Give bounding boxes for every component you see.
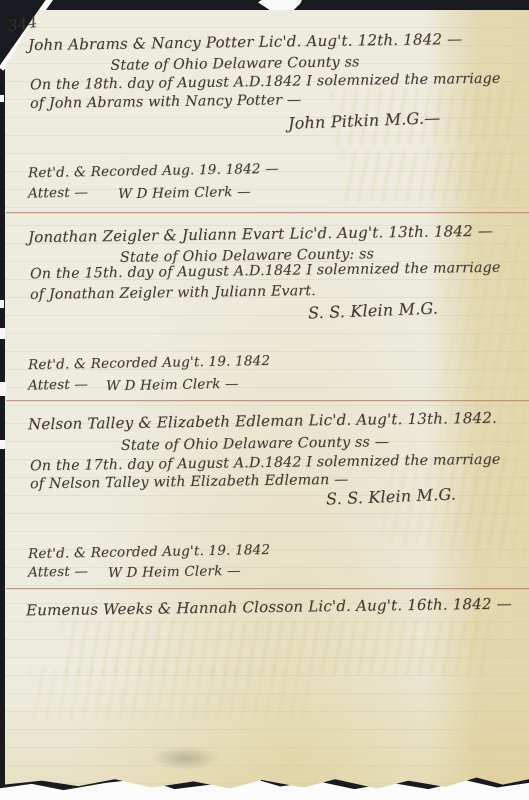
bleed-through [30,668,310,718]
entry-1-body-line-2: of John Abrams with Nancy Potter — [30,90,301,114]
edge-nick [0,95,4,102]
entry-1-clerk-signature: W D Heim Clerk — [118,182,251,204]
bleed-through [62,620,492,675]
entry-1-attest-label: Attest — [28,182,88,203]
separator-rule-2 [6,400,529,401]
edge-nick [0,382,6,396]
entry-2-body-line-2: of Jonathan Zeigler with Juliann Evart. [30,281,316,305]
entry-2-recorded-line: Ret'd. & Recorded Aug't. 19. 1842 [28,351,271,375]
entry-2-attest-label: Attest — [28,374,88,395]
separator-rule-3 [6,588,529,589]
entry-2-clerk-signature: W D Heim Clerk — [106,374,239,396]
entry-3-clerk-signature: W D Heim Clerk — [108,561,241,583]
bleed-through [342,150,520,202]
edge-nick [0,300,4,308]
scanned-ledger-page: 344 John Abrams & Nancy Potter Lic'd. Au… [0,0,529,800]
entry-3-attest-label: Attest — [28,561,88,582]
pencil-smudge [138,742,233,774]
edge-nick [0,440,5,449]
edge-nick [0,328,5,339]
separator-rule-1 [6,212,529,213]
